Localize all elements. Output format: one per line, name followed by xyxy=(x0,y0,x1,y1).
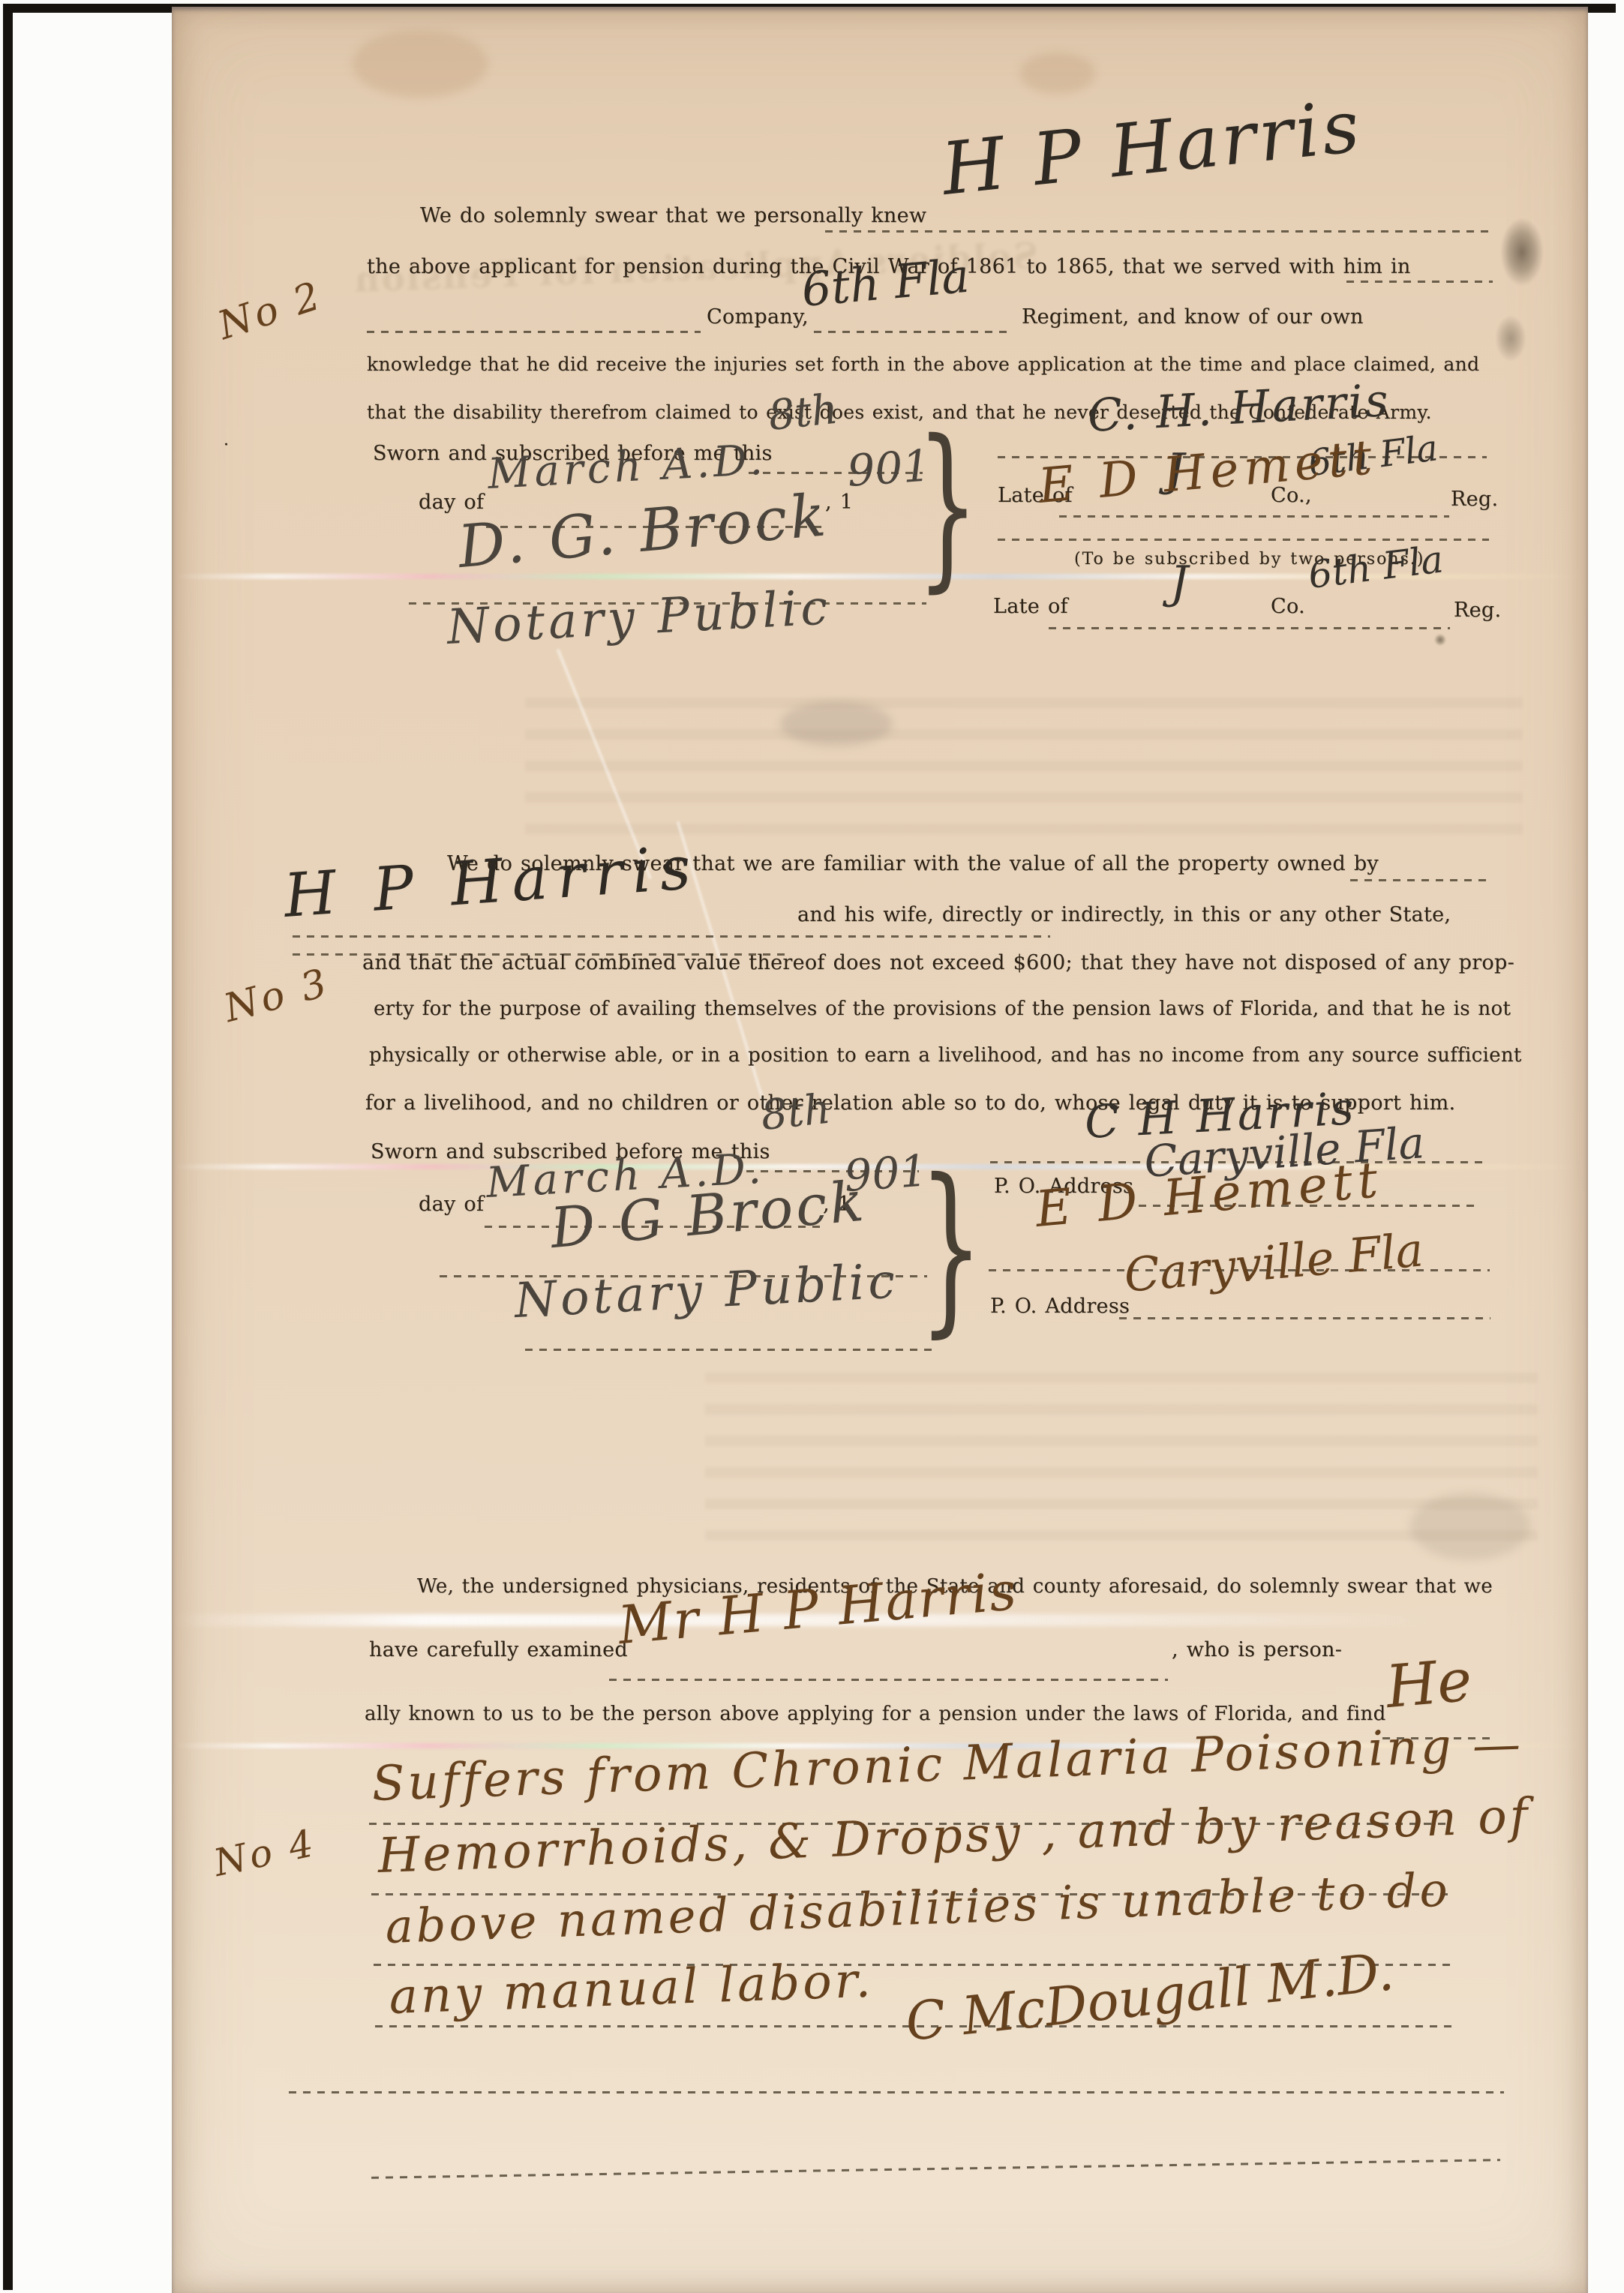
bleedthrough-text xyxy=(525,698,1523,851)
ink-smudge xyxy=(1500,218,1544,287)
day-fill: 8th xyxy=(766,385,840,440)
reg-label: Reg. xyxy=(1451,488,1498,511)
brace: } xyxy=(919,1155,983,1339)
witness-line1: We do solemnly swear that we personally … xyxy=(420,204,926,227)
property-line2-rest: and his wife, directly or indirectly, in… xyxy=(797,903,1451,926)
document-scan: Soldiers Application for Pension No 2 We… xyxy=(0,0,1624,2293)
fill-line xyxy=(293,935,1050,938)
property-line4: erty for the purpose of availing themsel… xyxy=(374,998,1511,1020)
fill-line xyxy=(525,1349,934,1351)
brace: } xyxy=(917,417,979,594)
company-letter-fill: J xyxy=(1170,557,1188,609)
co-label: Co. xyxy=(1271,595,1305,618)
po-address-label: P. O. Address xyxy=(990,1295,1130,1318)
bleedthrough-text xyxy=(705,1373,1538,1560)
fill-line xyxy=(1119,1317,1490,1319)
company-label: Company, xyxy=(707,305,809,329)
physician-line2-pre: have carefully examined xyxy=(369,1638,628,1661)
scan-edge-left xyxy=(3,4,13,2290)
day-of-label: day of xyxy=(419,1193,484,1216)
paper-stain xyxy=(1020,53,1095,94)
physician-line2-post: , who is person- xyxy=(1172,1638,1342,1661)
margin-tick: · xyxy=(224,436,229,455)
witness-line3-rest: Regiment, and know of our own xyxy=(1022,305,1364,329)
fill-line xyxy=(289,2091,1504,2093)
fill-line xyxy=(609,1679,1168,1681)
fill-line xyxy=(1346,281,1493,283)
physician-line3: ally known to us to be the person above … xyxy=(365,1703,1386,1725)
paper-stain xyxy=(353,30,488,98)
fill-line xyxy=(1059,515,1449,518)
witness-line4: knowledge that he did receive the injuri… xyxy=(367,353,1479,375)
ink-smudge xyxy=(1434,634,1446,646)
property-line5: physically or otherwise able, or in a po… xyxy=(369,1044,1522,1067)
day-of-label: day of xyxy=(419,491,484,514)
fill-line xyxy=(825,230,1493,233)
property-line3: and that the actual combined value there… xyxy=(362,951,1514,974)
find-fill: He xyxy=(1383,1646,1475,1721)
fill-line xyxy=(1350,879,1493,881)
ink-smudge xyxy=(1495,315,1526,362)
fill-line xyxy=(1049,627,1450,629)
fill-line xyxy=(814,331,1007,333)
reg-label: Reg. xyxy=(1454,599,1501,622)
late-of-label: Late of xyxy=(993,595,1068,618)
day-fill: 8th xyxy=(758,1085,833,1139)
fill-line xyxy=(367,331,701,333)
